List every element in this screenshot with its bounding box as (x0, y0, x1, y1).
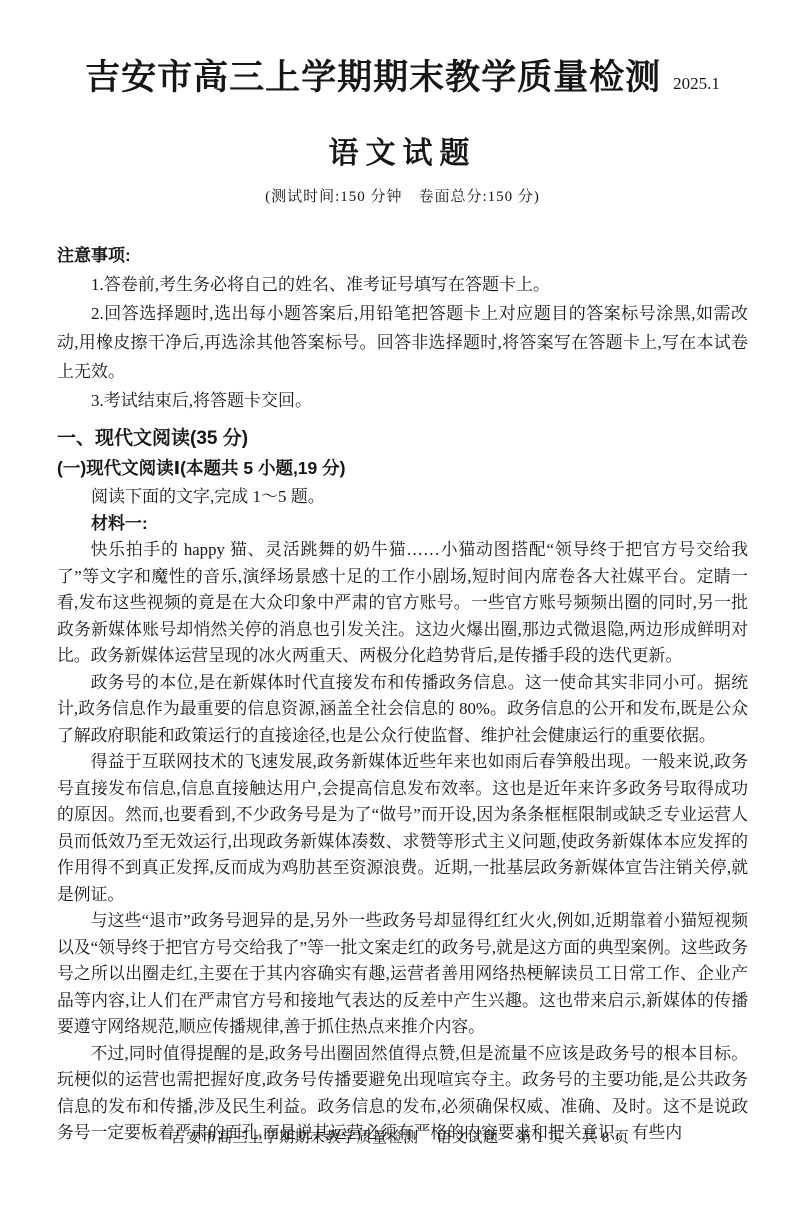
subsection-heading: (一)现代文阅读Ⅰ(本题共 5 小题,19 分) (57, 454, 748, 483)
footer-total-pages: 共 8 页 (582, 1130, 630, 1146)
reading-instruction: 阅读下面的文字,完成 1～5 题。 (57, 483, 748, 510)
exam-date: 2025.1 (673, 74, 720, 93)
footer-subject: 语文试题 (436, 1130, 498, 1146)
notice-item-1: 1.答卷前,考生务必将自己的姓名、准考证号填写在答题卡上。 (57, 270, 748, 299)
notice-item-3: 3.考试结束后,将答题卡交回。 (57, 386, 748, 415)
page-footer: 吉安市高三上学期期末教学质量检测语文试题第 1 页共 8 页 (0, 1126, 800, 1147)
notices-section: 注意事项: 1.答卷前,考生务必将自己的姓名、准考证号填写在答题卡上。 2.回答… (57, 241, 748, 415)
material-paragraph-1: 快乐拍手的 happy 猫、灵活跳舞的奶牛猫……小猫动图搭配“领导终于把官方号交… (57, 537, 748, 670)
notices-heading: 注意事项: (57, 241, 748, 270)
notice-item-2: 2.回答选择题时,选出每小题答案后,用铅笔把答题卡上对应题目的答案标号涂黑,如需… (57, 299, 748, 386)
footer-page-number: 第 1 页 (517, 1130, 565, 1146)
material-paragraph-2: 政务号的本位,是在新媒体时代直接发布和传播政务信息。这一使命其实非同小可。据统计… (57, 670, 748, 750)
material-paragraph-4: 与这些“退市”政务号迥异的是,另外一些政务号却显得红红火火,例如,近期靠着小猫短… (57, 908, 748, 1041)
material-label: 材料一: (57, 510, 748, 537)
page-title-row: 吉安市高三上学期期末教学质量检测2025.1 (57, 50, 748, 100)
section-heading: 一、现代文阅读(35 分) (57, 424, 748, 454)
material-paragraph-3: 得益于互联网技术的飞速发展,政务新媒体近些年来也如雨后春笋般出现。一般来说,政务… (57, 749, 748, 908)
exam-title: 吉安市高三上学期期末教学质量检测 (85, 58, 661, 97)
subject-title: 语文试题 (57, 128, 748, 172)
exam-page: 吉安市高三上学期期末教学质量检测2025.1 语文试题 (测试时间:150 分钟… (0, 0, 800, 1217)
page-content: 吉安市高三上学期期末教学质量检测2025.1 语文试题 (测试时间:150 分钟… (57, 0, 748, 1147)
footer-exam-name: 吉安市高三上学期期末教学质量检测 (170, 1130, 418, 1146)
exam-meta: (测试时间:150 分钟 卷面总分:150 分) (57, 185, 748, 206)
